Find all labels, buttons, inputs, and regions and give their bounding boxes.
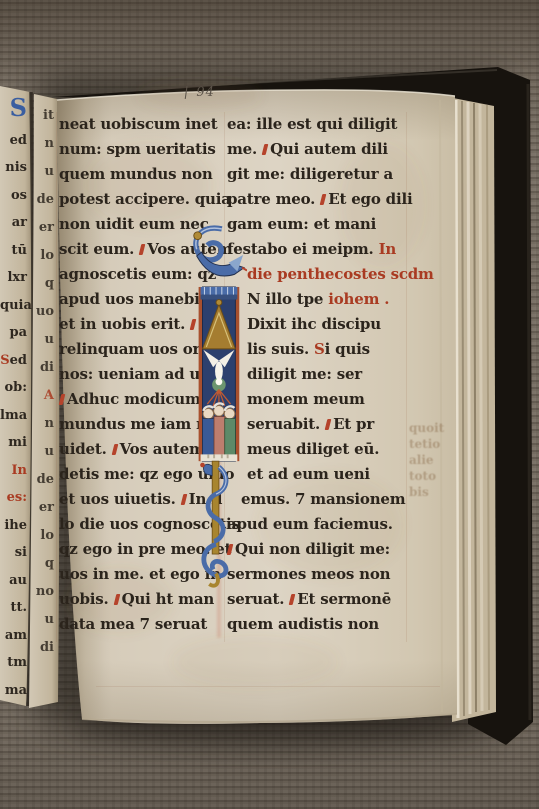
text-segment: n [45, 416, 54, 431]
ruling-line [96, 686, 440, 687]
text-segment: In [379, 240, 397, 258]
red-paraph-mark [111, 444, 118, 455]
text-segment: lis suis. [247, 340, 314, 358]
text-line: num: spm ueritatis [59, 137, 221, 162]
text-segment: et uos uiuetis. [59, 490, 181, 508]
text-line: patre meo. Et ego dili [227, 187, 407, 212]
text-line: toto [409, 468, 461, 484]
text-segment: Qui non diligit me: [235, 540, 390, 558]
text-line: am [0, 622, 27, 650]
text-segment: S [10, 93, 27, 122]
text-segment: uidet. [59, 440, 112, 458]
ruling-line [56, 112, 57, 642]
text-line: ea: ille est qui diligit [227, 112, 407, 137]
text-line: A [33, 382, 54, 410]
text-segment: S [314, 340, 325, 358]
text-segment: git me: diligeretur a [227, 165, 393, 183]
text-line: tū [0, 237, 27, 265]
text-segment: seruabit. [247, 415, 325, 433]
text-segment: Et pr [333, 415, 374, 433]
text-line: n [33, 130, 54, 158]
text-line: gam eum: et mani [227, 212, 407, 237]
folio-tick: | [183, 85, 190, 101]
text-segment: et in uobis erit. [59, 315, 190, 333]
text-segment: ed [10, 353, 27, 368]
text-segment: num: spm ueritatis [59, 140, 216, 158]
text-segment: alie [409, 453, 434, 467]
text-line: quia [0, 292, 27, 320]
red-paraph-mark [139, 244, 146, 255]
text-segment: quoit [409, 421, 444, 435]
text-line: N illo tpe iohem . [227, 287, 407, 312]
text-segment: si [15, 545, 27, 560]
text-segment: sermones meos non [227, 565, 390, 583]
text-line: me. Qui autem dili [227, 137, 407, 162]
text-segment: diligit me: ser [247, 365, 362, 383]
red-paraph-mark [262, 144, 269, 155]
text-segment: u [45, 164, 54, 179]
text-line: seruabit. Et pr [227, 412, 407, 437]
text-segment: apud eum faciemus. [227, 515, 393, 533]
text-segment: festabo ei meipm. [227, 240, 379, 258]
text-segment: bis [409, 485, 429, 499]
text-segment: os ar [11, 188, 27, 231]
text-line: Dixit ihc discipu [227, 312, 407, 337]
text-segment: quem audistis non [227, 615, 379, 633]
text-segment: q [45, 556, 54, 571]
text-segment: it [43, 108, 54, 123]
text-line: lxr [0, 264, 27, 292]
text-segment: iohem . [328, 290, 389, 308]
text-line: S [0, 94, 27, 127]
text-segment: neat uobiscum inet [59, 115, 217, 133]
text-line: os ar [0, 182, 27, 237]
text-segment: ma [5, 683, 27, 698]
text-segment: am [5, 628, 27, 643]
text-line: diligit me: ser [227, 362, 407, 387]
text-line: er [33, 494, 54, 522]
text-line: si [0, 539, 27, 567]
text-segment: pa [9, 325, 27, 340]
red-paraph-mark [289, 594, 296, 605]
red-paraph-mark [320, 194, 327, 205]
text-line: au [0, 567, 27, 595]
text-line: sermones meos non [227, 562, 407, 587]
manuscript-photo: |94 neat uobiscum inetnum: spm ueritatis… [0, 0, 539, 809]
text-line: uo [33, 298, 54, 326]
text-line: tm [0, 649, 27, 677]
facing-page-text-fragments-inner: itnudeerloquoudiAnudeerloqnoudi [33, 102, 54, 662]
text-segment: Qui autem dili [270, 140, 388, 158]
text-segment: q [45, 276, 54, 291]
text-segment: tetio [409, 437, 440, 451]
text-segment: ob: [4, 380, 27, 395]
text-segment: meus diliget eū. [247, 440, 379, 458]
text-segment: scit eum. [59, 240, 139, 258]
text-segment: patre meo. [227, 190, 320, 208]
text-segment: In [11, 463, 27, 478]
facing-page-text-fragments-outer: Sednisos artūlxrquiapaSedob:lmamiInes:ih… [0, 94, 27, 704]
historiated-initial-pentecost-dove-icon [187, 217, 247, 595]
text-segment: uobis. [59, 590, 114, 608]
text-segment: nis [5, 160, 27, 175]
text-line: quoit [409, 420, 461, 436]
text-segment: i quis [325, 340, 370, 358]
text-line: monem meum [227, 387, 407, 412]
text-line: q [33, 270, 54, 298]
text-segment: emus. 7 mansionem [241, 490, 405, 508]
text-line: festabo ei meipm. In [227, 237, 407, 262]
text-segment: lma [0, 408, 27, 423]
text-segment: Et ego dili [328, 190, 412, 208]
folio-number: |94 [184, 85, 215, 100]
text-line: In [0, 457, 27, 485]
text-line: et ad eum ueni [227, 462, 407, 487]
text-line: Qui non diligit me: [227, 537, 407, 562]
text-segment: A [44, 388, 54, 403]
text-segment: de [37, 192, 54, 207]
text-segment: lo [40, 248, 54, 263]
text-line: es: [0, 484, 27, 512]
text-segment: die penthecostes scdm [247, 265, 434, 283]
text-line: emus. 7 mansionem [227, 487, 407, 512]
text-segment: N illo tpe [247, 290, 328, 308]
text-segment: quem mundus non [59, 165, 213, 183]
text-line: de [33, 186, 54, 214]
text-segment: uo [36, 304, 54, 319]
text-line: de [33, 466, 54, 494]
text-segment: es: [7, 490, 27, 505]
text-segment: di [40, 640, 54, 655]
text-line: quem mundus non [59, 162, 221, 187]
text-segment: me. [227, 140, 262, 158]
text-segment: tū [12, 243, 27, 258]
text-line: di [33, 634, 54, 662]
text-segment: data mea 7 seruat [59, 615, 207, 633]
text-segment: lo [40, 528, 54, 543]
text-line: mi [0, 429, 27, 457]
text-line: data mea 7 seruat [59, 612, 221, 637]
text-line: meus diliget eū. [227, 437, 407, 462]
text-segment: au [9, 573, 27, 588]
text-line: Sed [0, 347, 27, 375]
red-paraph-mark [113, 594, 120, 605]
text-segment: mi [8, 435, 27, 450]
text-line: pa [0, 319, 27, 347]
red-paraph-mark [59, 394, 66, 405]
text-segment: er [39, 500, 54, 515]
text-line: lo [33, 242, 54, 270]
text-line: nis [0, 154, 27, 182]
text-line: u [33, 158, 54, 186]
text-line: q [33, 550, 54, 578]
text-line: n [33, 410, 54, 438]
text-line: u [33, 606, 54, 634]
text-line: it [33, 102, 54, 130]
text-segment: no [36, 584, 54, 599]
text-line: ma [0, 677, 27, 705]
text-line: tetio [409, 436, 461, 452]
text-line: ihe [0, 512, 27, 540]
text-segment: er [39, 220, 54, 235]
text-segment: S [0, 353, 9, 368]
text-segment: u [45, 332, 54, 347]
text-segment: mundus me iam ñ [59, 415, 207, 433]
text-line: di [33, 354, 54, 382]
text-line: seruat. Et sermonē [227, 587, 407, 612]
text-segment: et ad eum ueni [247, 465, 370, 483]
text-segment: n [45, 136, 54, 151]
text-segment: monem meum [247, 390, 365, 408]
text-segment: u [45, 612, 54, 627]
text-column-right: ea: ille est qui diligitme. Qui autem di… [227, 112, 407, 637]
text-line: git me: diligeretur a [227, 162, 407, 187]
text-line: lma [0, 402, 27, 430]
show-through-text: quoittetioalietotobis [409, 420, 461, 500]
red-paraph-mark [325, 419, 332, 430]
text-line: er [33, 214, 54, 242]
text-segment: di [40, 360, 54, 375]
text-line: lo [33, 522, 54, 550]
text-segment: ihe [4, 518, 27, 533]
text-line: no [33, 578, 54, 606]
text-segment: Et sermonē [297, 590, 391, 608]
text-segment: tm [7, 655, 27, 670]
text-line: bis [409, 484, 461, 500]
text-line: quem audistis non [227, 612, 407, 637]
text-segment: gam eum: et mani [227, 215, 376, 233]
text-segment: lxr [7, 270, 27, 285]
text-line: u [33, 438, 54, 466]
text-line: potest accipere. quia [59, 187, 221, 212]
text-line: neat uobiscum inet [59, 112, 221, 137]
text-line: tt. [0, 594, 27, 622]
text-segment: tt. [10, 600, 27, 615]
text-line: lis suis. Si quis [227, 337, 407, 362]
text-segment: ed [10, 133, 27, 148]
text-segment: de [37, 472, 54, 487]
text-line: ed [0, 127, 27, 155]
text-line: alie [409, 452, 461, 468]
text-line: u [33, 326, 54, 354]
text-line: ob: [0, 374, 27, 402]
text-segment: Dixit ihc discipu [247, 315, 381, 333]
text-segment: toto [409, 469, 436, 483]
text-segment: ea: ille est qui diligit [227, 115, 397, 133]
text-segment: quia [0, 298, 32, 313]
text-line: apud eum faciemus. [227, 512, 407, 537]
folio-number-value: 94 [196, 85, 215, 100]
text-segment: potest accipere. quia [59, 190, 231, 208]
text-line: die penthecostes scdm [227, 262, 407, 287]
text-segment: u [45, 444, 54, 459]
